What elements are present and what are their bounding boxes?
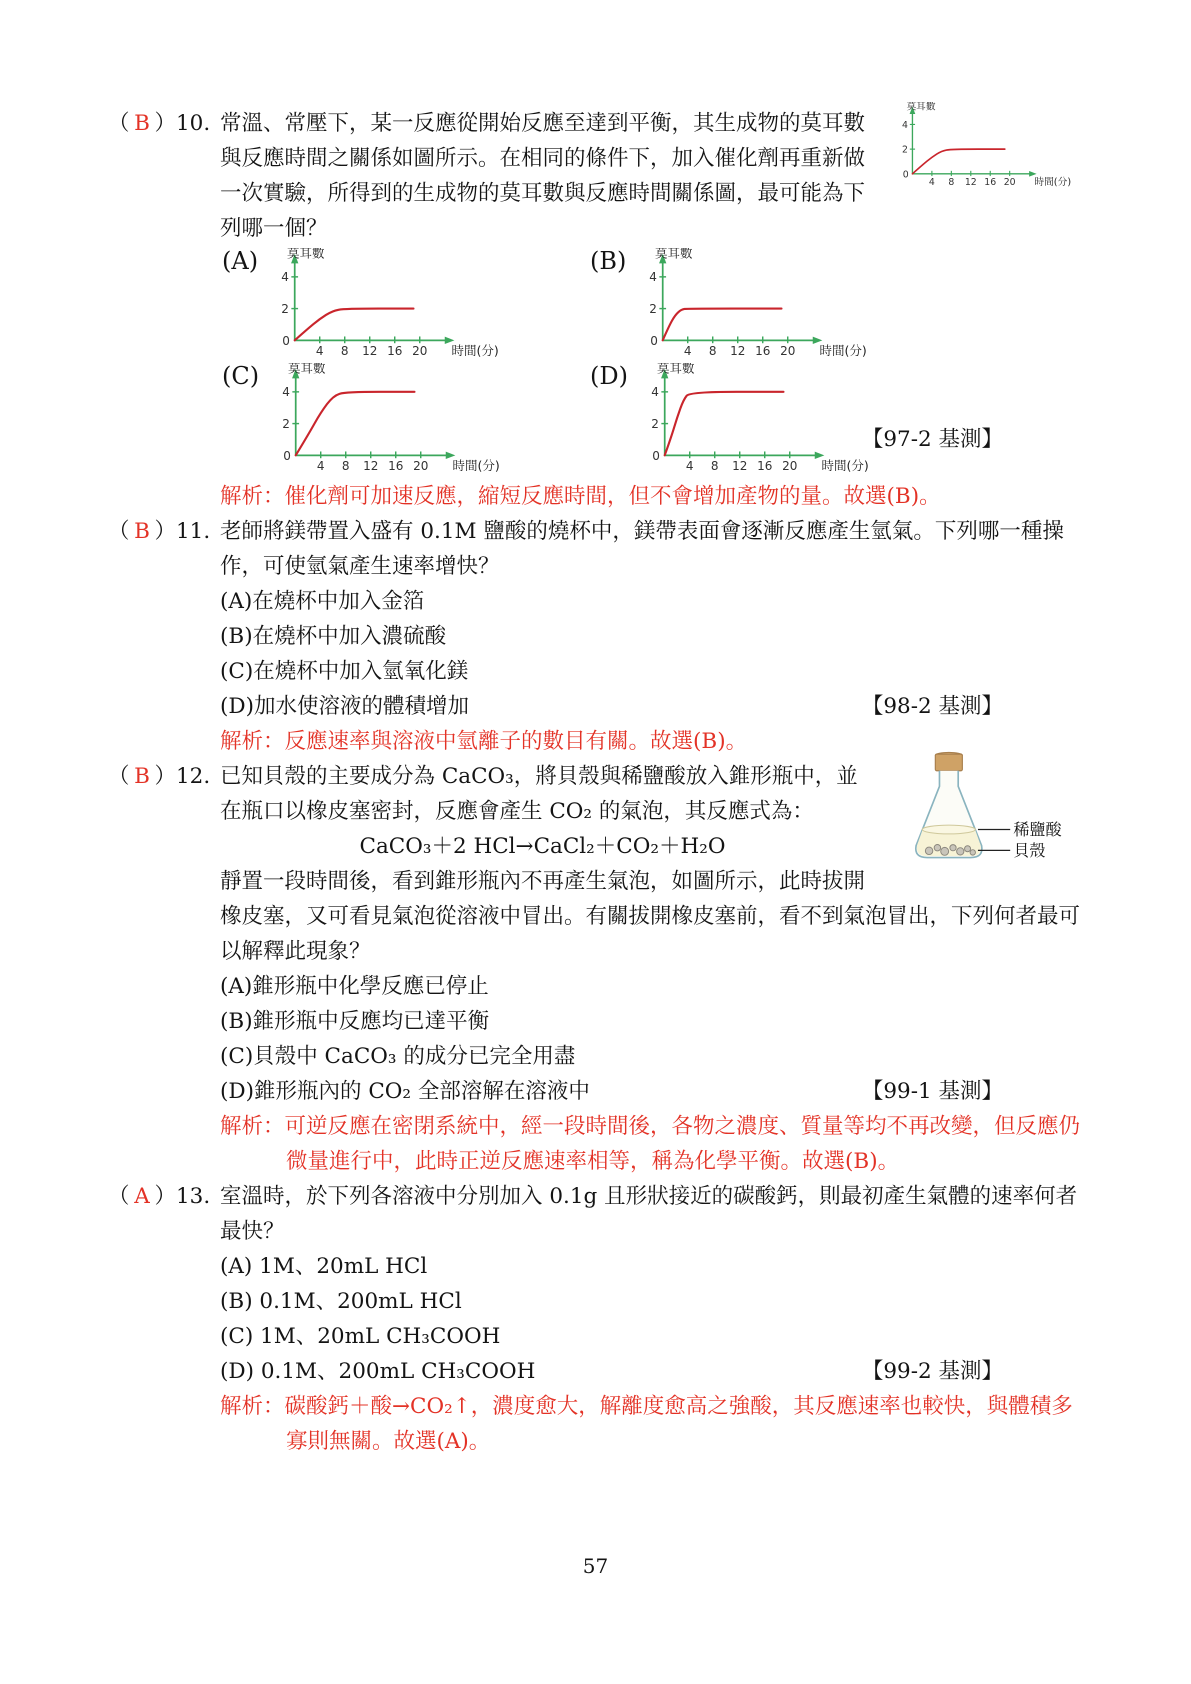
option-b: (B)錐形瓶中反應均已達平衡	[220, 1004, 1083, 1039]
svg-text:20: 20	[413, 459, 428, 473]
analysis: 解析：催化劑可加速反應，縮短反應時間，但不會增加產物的量。故選(B)。	[220, 479, 1083, 514]
svg-text:16: 16	[984, 177, 996, 188]
svg-text:20: 20	[1004, 177, 1016, 188]
answer-marker: （B）	[108, 514, 176, 549]
question-body: 48121620024莫耳數時間(分) 常溫、常壓下，某一反應從開始反應至達到平…	[220, 106, 1083, 514]
analysis: 解析：可逆反應在密閉系統中，經一段時間後，各物之濃度、質量等均不再改變，但反應仍…	[220, 1109, 1083, 1179]
svg-text:16: 16	[757, 459, 772, 473]
svg-text:12: 12	[363, 459, 378, 473]
question-10: （B） 10. 48121620024莫耳數時間(分) 常溫、常壓下，某一反應從…	[108, 106, 1083, 514]
question-13: （A） 13. 室溫時，於下列各溶液中分別加入 0.1g 且形狀接近的碳酸鈣，則…	[108, 1179, 1083, 1459]
option-d: (D)加水使溶液的體積增加【98-2 基測】	[220, 689, 1083, 724]
source-tag: 【99-1 基測】	[862, 1074, 1083, 1109]
dilute-hcl-label: 稀鹽酸	[1013, 820, 1062, 839]
svg-text:時間(分): 時間(分)	[453, 458, 500, 473]
answer-marker: （B）	[108, 106, 176, 141]
moles-vs-time-chart-a: 48121620024莫耳數時間(分)	[262, 248, 514, 363]
shells-label: 貝殼	[1013, 841, 1045, 860]
page-number: 57	[0, 1549, 1191, 1584]
option-d: (D)錐形瓶內的 CO₂ 全部溶解在溶液中【99-1 基測】	[220, 1074, 1083, 1109]
svg-text:2: 2	[281, 302, 289, 316]
option-c: (C) 1M、20mL CH₃COOH	[220, 1319, 1083, 1354]
question-number: 13.	[176, 1179, 220, 1214]
moles-vs-time-chart-b: 48121620024莫耳數時間(分)	[630, 248, 882, 363]
svg-text:4: 4	[650, 270, 658, 284]
question-body: 稀鹽酸 貝殼 已知貝殼的主要成分為 CaCO₃，將貝殼與稀鹽酸放入錐形瓶中，並在…	[220, 759, 1083, 1179]
svg-text:2: 2	[650, 302, 658, 316]
erlenmeyer-flask-figure: 稀鹽酸 貝殼	[875, 751, 1083, 871]
option-a: (A)在燒杯中加入金箔	[220, 584, 1083, 619]
svg-text:4: 4	[684, 344, 692, 358]
question-text-part2: 靜置一段時間後，看到錐形瓶內不再產生氣泡，如圖所示，此時拔開橡皮塞，又可看見氣泡…	[220, 864, 1083, 969]
svg-text:8: 8	[709, 344, 717, 358]
moles-vs-time-chart-c: 48121620024莫耳數時間(分)	[263, 363, 515, 478]
svg-text:莫耳數: 莫耳數	[657, 363, 695, 376]
option-graph-b: (B) 48121620024莫耳數時間(分)	[590, 248, 1083, 363]
svg-text:20: 20	[782, 459, 797, 473]
analysis: 解析：碳酸鈣＋酸→CO₂↑，濃度愈大，解離度愈高之強酸，其反應速率也較快，與體積…	[220, 1389, 1083, 1459]
svg-text:莫耳數: 莫耳數	[655, 248, 693, 261]
option-label: (D)	[590, 363, 628, 389]
question-text: 室溫時，於下列各溶液中分別加入 0.1g 且形狀接近的碳酸鈣，則最初產生氣體的速…	[220, 1184, 1077, 1244]
svg-text:時間(分): 時間(分)	[820, 343, 867, 358]
svg-text:8: 8	[711, 459, 719, 473]
option-graph-a: (A) 48121620024莫耳數時間(分)	[222, 248, 590, 363]
svg-text:12: 12	[730, 344, 745, 358]
question-text: 老師將鎂帶置入盛有 0.1M 鹽酸的燒杯中，鎂帶表面會逐漸反應產生氫氣。下列哪一…	[220, 519, 1064, 579]
question-text-part1: 已知貝殼的主要成分為 CaCO₃，將貝殼與稀鹽酸放入錐形瓶中，並在瓶口以橡皮塞密…	[220, 764, 858, 824]
option-graph-c: (C) 48121620024莫耳數時間(分)	[222, 363, 590, 478]
svg-text:莫耳數: 莫耳數	[906, 102, 935, 112]
option-b: (B) 0.1M、200mL HCl	[220, 1284, 1083, 1319]
svg-text:0: 0	[651, 334, 659, 348]
question-number: 12.	[176, 759, 220, 794]
svg-text:8: 8	[341, 344, 349, 358]
option-b: (B)在燒杯中加入濃硫酸	[220, 619, 1083, 654]
option-d: (D) 0.1M、200mL CH₃COOH【99-2 基測】	[220, 1354, 1083, 1389]
svg-text:4: 4	[317, 459, 325, 473]
svg-text:4: 4	[316, 344, 324, 358]
moles-vs-time-chart-d: 48121620024莫耳數時間(分)	[632, 363, 884, 478]
svg-text:時間(分): 時間(分)	[1034, 175, 1071, 188]
svg-text:時間(分): 時間(分)	[821, 458, 868, 473]
option-graphs-grid: (A) 48121620024莫耳數時間(分) (B) 48121620024莫…	[220, 248, 1083, 479]
flask-diagram: 稀鹽酸 貝殼	[875, 751, 1083, 871]
option-c: (C)貝殼中 CaCO₃ 的成分已完全用盡	[220, 1039, 1083, 1074]
svg-text:0: 0	[283, 450, 291, 464]
question-body: 室溫時，於下列各溶液中分別加入 0.1g 且形狀接近的碳酸鈣，則最初產生氣體的速…	[220, 1179, 1083, 1459]
svg-text:4: 4	[281, 270, 289, 284]
svg-text:2: 2	[651, 417, 659, 431]
svg-text:4: 4	[686, 459, 694, 473]
option-label: (B)	[590, 248, 626, 274]
svg-text:時間(分): 時間(分)	[452, 343, 499, 358]
svg-text:12: 12	[965, 177, 977, 188]
answer-letter: B	[134, 514, 150, 549]
svg-text:莫耳數: 莫耳數	[287, 248, 325, 261]
answer-letter: A	[134, 1179, 150, 1214]
source-tag: 【98-2 基測】	[862, 689, 1083, 724]
svg-text:4: 4	[902, 120, 908, 131]
source-tag: 【99-2 基測】	[862, 1354, 1083, 1389]
moles-vs-time-reference-chart: 48121620024莫耳數時間(分)	[887, 102, 1083, 192]
svg-text:4: 4	[651, 386, 659, 400]
rubber-stopper	[935, 754, 962, 771]
question-number: 11.	[176, 514, 220, 549]
source-tag: 【97-2 基測】	[862, 422, 1083, 457]
answer-marker: （B）	[108, 759, 176, 794]
svg-text:2: 2	[282, 417, 290, 431]
exam-page: （B） 10. 48121620024莫耳數時間(分) 常溫、常壓下，某一反應從…	[0, 0, 1191, 1459]
svg-text:16: 16	[755, 344, 770, 358]
svg-text:8: 8	[948, 177, 954, 188]
svg-text:4: 4	[929, 177, 935, 188]
svg-text:0: 0	[903, 170, 909, 181]
svg-text:8: 8	[342, 459, 350, 473]
answer-letter: B	[134, 106, 150, 141]
option-label: (A)	[222, 248, 258, 274]
svg-text:20: 20	[780, 344, 795, 358]
svg-text:12: 12	[362, 344, 377, 358]
question-12: （B） 12.	[108, 759, 1083, 1179]
svg-text:0: 0	[282, 334, 290, 348]
question-number: 10.	[176, 106, 220, 141]
answer-marker: （A）	[108, 1179, 176, 1214]
question-11: （B） 11. 老師將鎂帶置入盛有 0.1M 鹽酸的燒杯中，鎂帶表面會逐漸反應產…	[108, 514, 1083, 759]
svg-text:12: 12	[732, 459, 747, 473]
svg-text:2: 2	[902, 144, 908, 155]
svg-text:16: 16	[388, 459, 403, 473]
option-a: (A) 1M、20mL HCl	[220, 1249, 1083, 1284]
option-a: (A)錐形瓶中化學反應已停止	[220, 969, 1083, 1004]
option-label: (C)	[222, 363, 259, 389]
answer-letter: B	[134, 759, 150, 794]
svg-text:莫耳數: 莫耳數	[288, 363, 326, 376]
svg-text:0: 0	[652, 450, 660, 464]
option-c: (C)在燒杯中加入氫氧化鎂	[220, 654, 1083, 689]
question-body: 老師將鎂帶置入盛有 0.1M 鹽酸的燒杯中，鎂帶表面會逐漸反應產生氫氣。下列哪一…	[220, 514, 1083, 759]
svg-text:16: 16	[387, 344, 402, 358]
liquid-surface	[922, 825, 975, 834]
svg-text:4: 4	[282, 386, 290, 400]
question-text: 常溫、常壓下，某一反應從開始反應至達到平衡，其生成物的莫耳數與反應時間之關係如圖…	[220, 111, 865, 241]
svg-text:20: 20	[412, 344, 427, 358]
